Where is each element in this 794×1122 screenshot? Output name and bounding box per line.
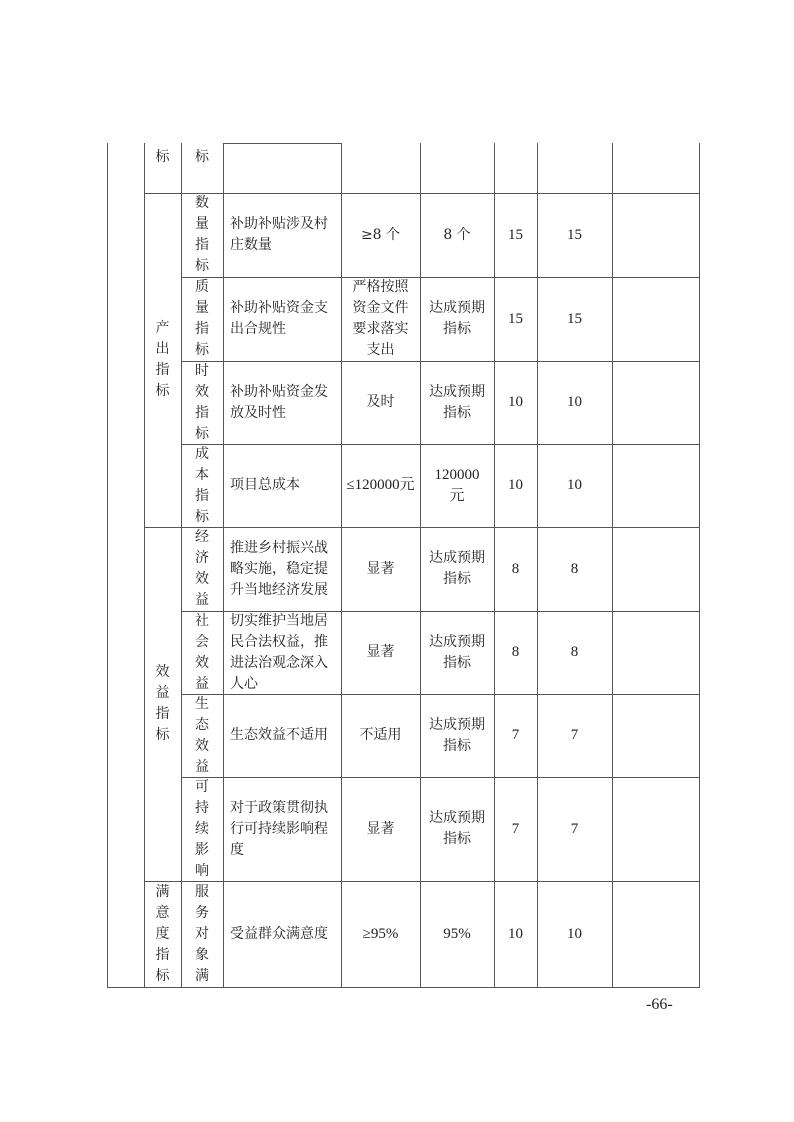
score-cell: 7 [537,694,612,777]
level2-cell: 时效指标 [181,361,223,444]
weight-cell: 7 [494,694,537,777]
score-cell: 10 [537,361,612,444]
score-cell: 8 [537,527,612,611]
level2-cell: 可持续影响 [181,777,223,881]
note-cell [612,527,699,611]
level2-cell: 社会效益 [181,611,223,694]
indicator-cell: 对于政策贯彻执行可持续影响程度 [223,777,341,881]
indicator-cell: 生态效益不适用 [223,694,341,777]
score-cell: 8 [537,611,612,694]
actual-cell: 达成预期指标 [420,611,494,694]
weight-cell: 7 [494,777,537,881]
weight-cell: 10 [494,444,537,527]
actual-cell: 达成预期指标 [420,277,494,361]
indicator-cell: 切实维护当地居民合法权益，推进法治观念深入人心 [223,611,341,694]
score-cell: 15 [537,277,612,361]
note-cell [612,777,699,881]
level1-output-indicator: 产出指标 [144,193,181,527]
note-cell [612,277,699,361]
fragment-level2-cell: 标 [181,143,223,171]
target-cell: ≥95% [341,881,420,987]
actual-cell: 120000元 [420,444,494,527]
note-cell [612,193,699,277]
target-cell: 严格按照资金文件要求落实支出 [341,277,420,361]
indicator-cell: 受益群众满意度 [223,881,341,987]
target-cell: 不适用 [341,694,420,777]
weight-cell: 10 [494,361,537,444]
note-cell [612,694,699,777]
level1-satisfaction-indicator: 满意度指标 [144,881,181,987]
level2-cell: 服务对象满 [181,881,223,987]
level2-cell: 数量指标 [181,193,223,277]
indicator-cell: 补助补贴资金发放及时性 [223,361,341,444]
actual-cell: 达成预期指标 [420,527,494,611]
indicator-cell: 项目总成本 [223,444,341,527]
level2-cell: 经济效益 [181,527,223,611]
level2-cell: 成本指标 [181,444,223,527]
target-cell: 显著 [341,611,420,694]
target-cell: ≥8 个 [341,193,420,277]
target-cell: 显著 [341,527,420,611]
level2-cell: 生态效益 [181,694,223,777]
weight-cell: 15 [494,193,537,277]
note-cell [612,611,699,694]
note-cell [612,361,699,444]
weight-cell: 8 [494,611,537,694]
indicator-cell: 补助补贴涉及村庄数量 [223,193,341,277]
actual-cell: 达成预期指标 [420,777,494,881]
indicator-cell: 推进乡村振兴战略实施，稳定提升当地经济发展 [223,527,341,611]
actual-cell: 8 个 [420,193,494,277]
document-page: 标 标 产出指标 效益指标 满意度指标 数量指标 补助补贴涉及村庄数量 ≥8 个… [0,0,794,1122]
note-cell [612,444,699,527]
fragment-level1-cell: 标 [144,143,181,171]
weight-cell: 8 [494,527,537,611]
score-cell: 15 [537,193,612,277]
indicator-cell: 补助补贴资金支出合规性 [223,277,341,361]
target-cell: ≤120000元 [341,444,420,527]
weight-cell: 15 [494,277,537,361]
actual-cell: 达成预期指标 [420,694,494,777]
actual-cell: 达成预期指标 [420,361,494,444]
score-cell: 7 [537,777,612,881]
page-number: -66- [646,996,673,1014]
target-cell: 显著 [341,777,420,881]
level1-benefit-indicator: 效益指标 [144,527,181,881]
score-cell: 10 [537,881,612,987]
target-cell: 及时 [341,361,420,444]
note-cell [612,881,699,987]
weight-cell: 10 [494,881,537,987]
actual-cell: 95% [420,881,494,987]
score-cell: 10 [537,444,612,527]
level2-cell: 质量指标 [181,277,223,361]
